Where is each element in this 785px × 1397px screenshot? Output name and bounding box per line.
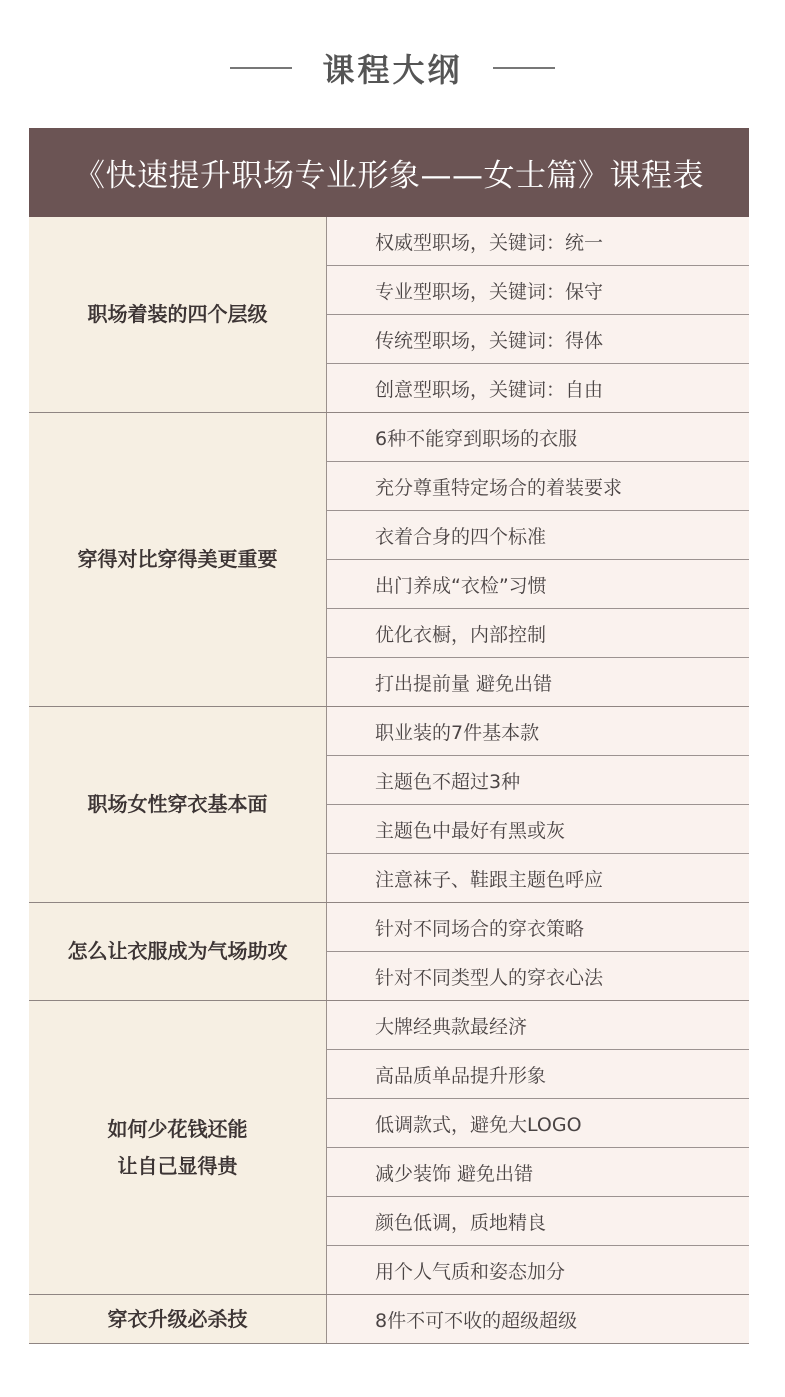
page-title: 课程大纲: [322, 45, 462, 91]
table-row: 打出提前量 避免出错: [327, 658, 749, 706]
group-label-line: 让自己显得贵: [118, 1148, 238, 1185]
group-label: 怎么让衣服成为气场助攻: [29, 903, 327, 1000]
group-items: 大牌经典款最经济高品质单品提升形象低调款式，避免大LOGO减少装饰 避免出错颜色…: [327, 1001, 749, 1294]
group-label-line: 职场着装的四个层级: [88, 296, 268, 333]
table-row: 减少装饰 避免出错: [327, 1148, 749, 1197]
group-label-line: 穿得对比穿得美更重要: [78, 541, 278, 578]
left-rule: [230, 67, 292, 69]
table-row: 职业装的7件基本款: [327, 707, 749, 756]
table-row: 优化衣橱，内部控制: [327, 609, 749, 658]
group-label: 职场着装的四个层级: [29, 217, 327, 412]
table-row: 专业型职场，关键词：保守: [327, 266, 749, 315]
group-label: 穿得对比穿得美更重要: [29, 413, 327, 706]
table-group: 穿得对比穿得美更重要6种不能穿到职场的衣服充分尊重特定场合的着装要求衣着合身的四…: [29, 413, 749, 707]
table-row: 注意袜子、鞋跟主题色呼应: [327, 854, 749, 902]
table-row: 针对不同类型人的穿衣心法: [327, 952, 749, 1000]
table-row: 主题色不超过3种: [327, 756, 749, 805]
table-row: 用个人气质和姿态加分: [327, 1246, 749, 1294]
table-row: 大牌经典款最经济: [327, 1001, 749, 1050]
table-row: 创意型职场，关键词：自由: [327, 364, 749, 412]
table-row: 出门养成“衣检”习惯: [327, 560, 749, 609]
course-table: 《快速提升职场专业形象——女士篇》课程表 职场着装的四个层级权威型职场，关键词：…: [29, 128, 749, 1344]
table-title: 《快速提升职场专业形象——女士篇》课程表: [29, 128, 749, 217]
group-label-line: 如何少花钱还能: [108, 1111, 248, 1148]
group-label: 职场女性穿衣基本面: [29, 707, 327, 902]
right-rule: [493, 67, 555, 69]
table-group: 如何少花钱还能让自己显得贵大牌经典款最经济高品质单品提升形象低调款式，避免大LO…: [29, 1001, 749, 1295]
table-row: 充分尊重特定场合的着装要求: [327, 462, 749, 511]
table-row: 高品质单品提升形象: [327, 1050, 749, 1099]
table-group: 职场着装的四个层级权威型职场，关键词：统一专业型职场，关键词：保守传统型职场，关…: [29, 217, 749, 413]
group-label-line: 穿衣升级必杀技: [108, 1301, 248, 1338]
group-items: 职业装的7件基本款主题色不超过3种主题色中最好有黑或灰注意袜子、鞋跟主题色呼应: [327, 707, 749, 902]
group-label-line: 怎么让衣服成为气场助攻: [68, 933, 288, 970]
group-label-line: 职场女性穿衣基本面: [88, 786, 268, 823]
table-row: 8件不可不收的超级超级: [327, 1295, 749, 1343]
group-items: 8件不可不收的超级超级: [327, 1295, 749, 1343]
group-label: 如何少花钱还能让自己显得贵: [29, 1001, 327, 1294]
table-body: 职场着装的四个层级权威型职场，关键词：统一专业型职场，关键词：保守传统型职场，关…: [29, 217, 749, 1344]
table-group: 怎么让衣服成为气场助攻针对不同场合的穿衣策略针对不同类型人的穿衣心法: [29, 903, 749, 1001]
table-row: 颜色低调，质地精良: [327, 1197, 749, 1246]
group-items: 6种不能穿到职场的衣服充分尊重特定场合的着装要求衣着合身的四个标准出门养成“衣检…: [327, 413, 749, 706]
table-row: 针对不同场合的穿衣策略: [327, 903, 749, 952]
table-group: 职场女性穿衣基本面职业装的7件基本款主题色不超过3种主题色中最好有黑或灰注意袜子…: [29, 707, 749, 903]
table-row: 传统型职场，关键词：得体: [327, 315, 749, 364]
table-row: 低调款式，避免大LOGO: [327, 1099, 749, 1148]
section-heading: 课程大纲: [0, 40, 785, 96]
table-group: 穿衣升级必杀技8件不可不收的超级超级: [29, 1295, 749, 1344]
table-row: 主题色中最好有黑或灰: [327, 805, 749, 854]
group-label: 穿衣升级必杀技: [29, 1295, 327, 1343]
table-row: 6种不能穿到职场的衣服: [327, 413, 749, 462]
table-row: 权威型职场，关键词：统一: [327, 217, 749, 266]
group-items: 针对不同场合的穿衣策略针对不同类型人的穿衣心法: [327, 903, 749, 1000]
table-row: 衣着合身的四个标准: [327, 511, 749, 560]
group-items: 权威型职场，关键词：统一专业型职场，关键词：保守传统型职场，关键词：得体创意型职…: [327, 217, 749, 412]
